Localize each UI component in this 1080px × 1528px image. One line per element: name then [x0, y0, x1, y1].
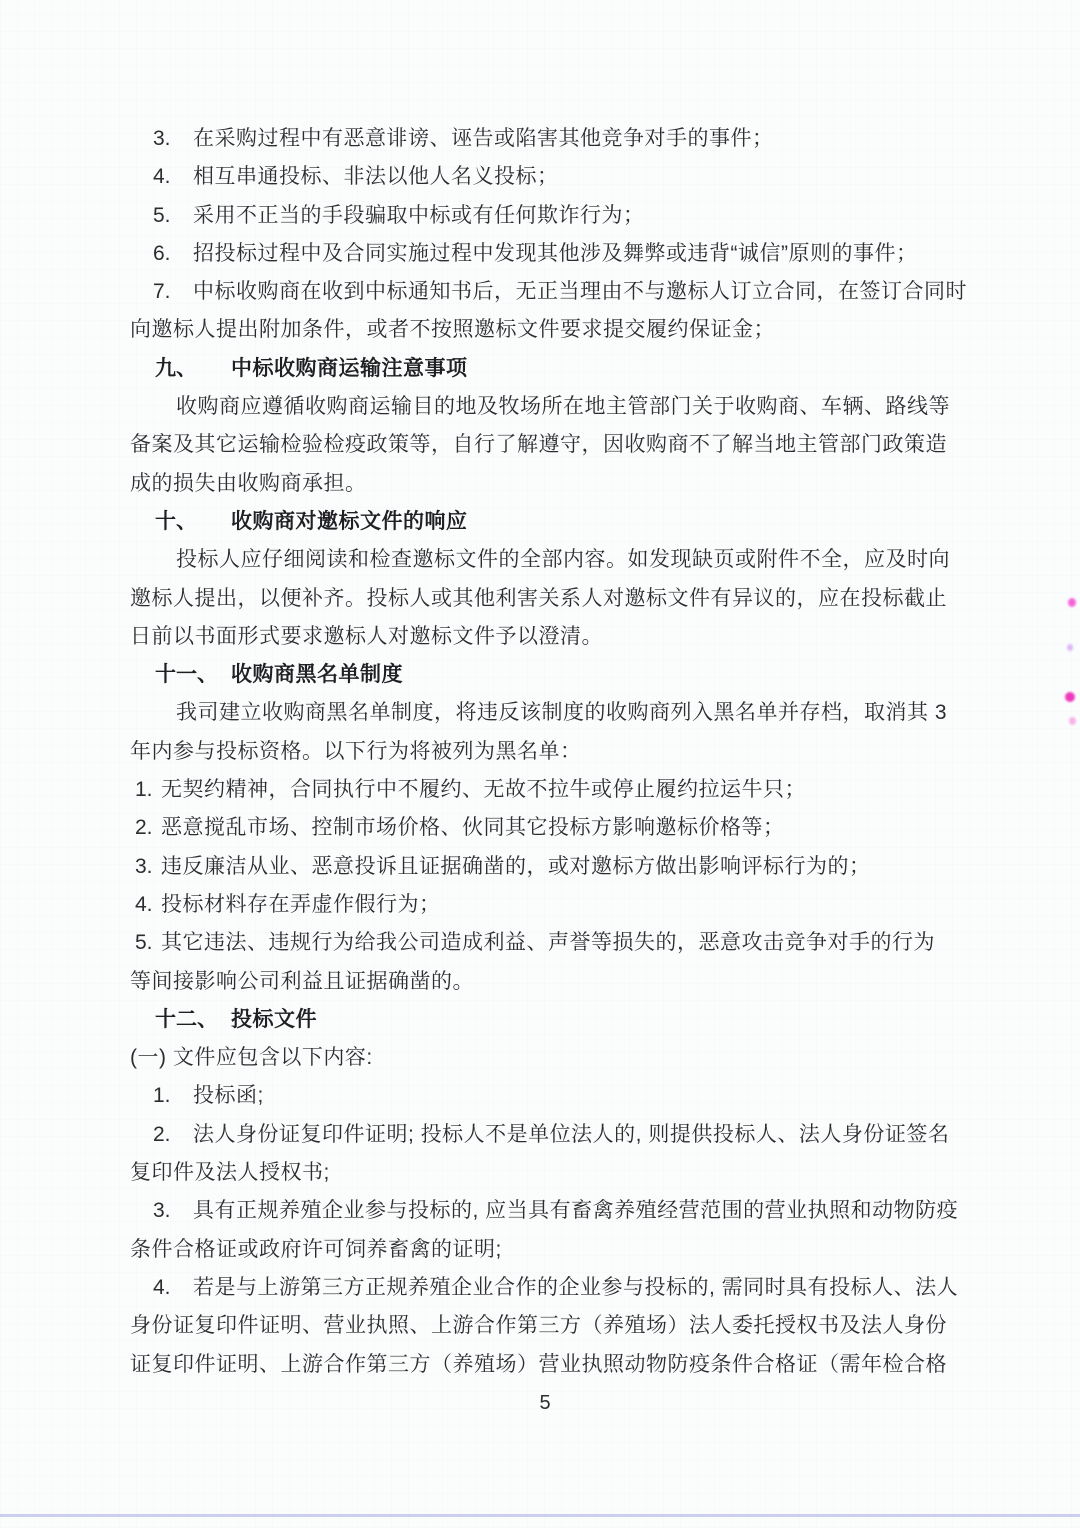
line-number: 4. — [135, 886, 161, 924]
line-text: 收购商对邀标文件的响应 — [231, 510, 468, 533]
text-line: 5.其它违法、违规行为给我公司造成利益、声誉等损失的，恶意攻击竞争对手的行为 — [130, 924, 960, 962]
line-number: 6. — [153, 235, 193, 273]
line-text: 违反廉洁从业、恶意投诉且证据确凿的，或对邀标方做出影响评标行为的； — [161, 855, 871, 878]
text-line: 1.无契约精神，合同执行中不履约、无故不拉牛或停止履约拉运牛只； — [130, 771, 960, 809]
line-text: 复印件及法人授权书; — [130, 1161, 330, 1184]
line-number: 4. — [153, 1269, 193, 1307]
line-text: 无契约精神，合同执行中不履约、无故不拉牛或停止履约拉运牛只； — [161, 778, 806, 801]
text-line: 成的损失由收购商承担。 — [130, 465, 960, 503]
line-text: 投标材料存在弄虚作假行为； — [161, 893, 441, 916]
line-text: (一) 文件应包含以下内容: — [130, 1046, 373, 1069]
line-number: 1. — [153, 1077, 193, 1115]
line-text: 采用不正当的手段骗取中标或有任何欺诈行为； — [193, 204, 645, 227]
scan-artifact-dot — [1065, 692, 1075, 702]
text-line: 4.相互串通投标、非法以他人名义投标； — [130, 158, 960, 196]
text-line: 6.招投标过程中及合同实施过程中发现其他涉及舞弊或违背“诚信”原则的事件； — [130, 235, 960, 273]
text-line: 2.恶意搅乱市场、控制市场价格、伙同其它投标方影响邀标价格等； — [130, 809, 960, 847]
section-heading: 十一、收购商黑名单制度 — [130, 656, 960, 694]
line-number: 3. — [153, 1192, 193, 1230]
line-text: 招投标过程中及合同实施过程中发现其他涉及舞弊或违背“诚信”原则的事件； — [193, 242, 917, 265]
line-text: 恶意搅乱市场、控制市场价格、伙同其它投标方影响邀标价格等； — [161, 816, 785, 839]
text-line: 3.具有正规养殖企业参与投标的, 应当具有畜禽养殖经营范围的营业执照和动物防疫 — [130, 1192, 960, 1230]
line-text: 邀标人提出，以便补齐。投标人或其他利害关系人对邀标文件有异议的，应在投标截止 — [130, 587, 947, 610]
line-text: 等间接影响公司利益且证据确凿的。 — [130, 970, 474, 993]
text-line: 证复印件证明、上游合作第三方（养殖场）营业执照动物防疫条件合格证（需年检合格 — [130, 1346, 960, 1384]
line-number: 7. — [153, 273, 193, 311]
text-line: 3.违反廉洁从业、恶意投诉且证据确凿的，或对邀标方做出影响评标行为的； — [130, 848, 960, 886]
scan-artifact-dot — [1068, 598, 1076, 607]
line-text: 相互串通投标、非法以他人名义投标； — [193, 165, 559, 188]
bottom-edge-line — [0, 1514, 1080, 1517]
section-heading: 十二、投标文件 — [130, 1001, 960, 1039]
text-line: 5.采用不正当的手段骗取中标或有任何欺诈行为； — [130, 197, 960, 235]
line-text: 在采购过程中有恶意诽谤、诬告或陷害其他竞争对手的事件； — [193, 127, 774, 150]
line-text: 中标收购商在收到中标通知书后，无正当理由不与邀标人订立合同，在签订合同时 — [193, 280, 967, 303]
text-line: 备案及其它运输检验检疫政策等，自行了解遵守，因收购商不了解当地主管部门政策造 — [130, 426, 960, 464]
line-text: 具有正规养殖企业参与投标的, 应当具有畜禽养殖经营范围的营业执照和动物防疫 — [193, 1199, 958, 1222]
document-text-column: 3.在采购过程中有恶意诽谤、诬告或陷害其他竞争对手的事件；4.相互串通投标、非法… — [130, 0, 960, 1422]
line-text: 法人身份证复印件证明; 投标人不是单位法人的, 则提供投标人、法人身份证签名 — [193, 1123, 949, 1146]
line-text: 收购商黑名单制度 — [231, 663, 403, 686]
line-text: 投标人应仔细阅读和检查邀标文件的全部内容。如发现缺页或附件不全，应及时向 — [176, 548, 950, 571]
scan-artifact-dot — [1069, 717, 1076, 725]
scan-artifact-dot — [1067, 644, 1073, 651]
line-text: 日前以书面形式要求邀标人对邀标文件予以澄清。 — [130, 625, 603, 648]
text-line: 2.法人身份证复印件证明; 投标人不是单位法人的, 则提供投标人、法人身份证签名 — [130, 1116, 960, 1154]
text-line: 3.在采购过程中有恶意诽谤、诬告或陷害其他竞争对手的事件； — [130, 120, 960, 158]
line-text: 向邀标人提出附加条件，或者不按照邀标文件要求提交履约保证金； — [130, 318, 775, 341]
line-text: 证复印件证明、上游合作第三方（养殖场）营业执照动物防疫条件合格证（需年检合格 — [130, 1353, 947, 1376]
text-line: 4.若是与上游第三方正规养殖企业合作的企业参与投标的, 需同时具有投标人、法人 — [130, 1269, 960, 1307]
text-line: 4.投标材料存在弄虚作假行为； — [130, 886, 960, 924]
line-number: 九、 — [155, 350, 231, 388]
line-number: 3. — [135, 848, 161, 886]
text-line: 年内参与投标资格。以下行为将被列为黑名单： — [130, 733, 960, 771]
line-text: 中标收购商运输注意事项 — [231, 357, 468, 380]
line-number: 2. — [135, 809, 161, 847]
line-number: 3. — [153, 120, 193, 158]
line-text: 条件合格证或政府许可饲养畜禽的证明; — [130, 1238, 502, 1261]
line-text: 年内参与投标资格。以下行为将被列为黑名单： — [130, 740, 582, 763]
line-number: 4. — [153, 158, 193, 196]
text-line: 投标人应仔细阅读和检查邀标文件的全部内容。如发现缺页或附件不全，应及时向 — [130, 541, 960, 579]
document-page: { "page": { "number": "5", "background_c… — [0, 0, 1080, 1528]
line-text: 收购商应遵循收购商运输目的地及牧场所在地主管部门关于收购商、车辆、路线等 — [176, 395, 950, 418]
line-text: 若是与上游第三方正规养殖企业合作的企业参与投标的, 需同时具有投标人、法人 — [193, 1276, 958, 1299]
line-number: 2. — [153, 1116, 193, 1154]
text-line: 收购商应遵循收购商运输目的地及牧场所在地主管部门关于收购商、车辆、路线等 — [130, 388, 960, 426]
text-line: 条件合格证或政府许可饲养畜禽的证明; — [130, 1231, 960, 1269]
line-text: 我司建立收购商黑名单制度，将违反该制度的收购商列入黑名单并存档，取消其 3 — [176, 701, 947, 724]
text-line: 等间接影响公司利益且证据确凿的。 — [130, 963, 960, 1001]
text-line: 1.投标函; — [130, 1077, 960, 1115]
line-number: 1. — [135, 771, 161, 809]
line-text: 身份证复印件证明、营业执照、上游合作第三方（养殖场）法人委托授权书及法人身份 — [130, 1314, 947, 1337]
section-heading: 九、中标收购商运输注意事项 — [130, 350, 960, 388]
line-text: 投标文件 — [231, 1008, 317, 1031]
line-text: 成的损失由收购商承担。 — [130, 472, 367, 495]
line-number: 十二、 — [155, 1001, 231, 1039]
section-heading: 十、收购商对邀标文件的响应 — [130, 503, 960, 541]
text-line: (一) 文件应包含以下内容: — [130, 1039, 960, 1077]
text-line: 向邀标人提出附加条件，或者不按照邀标文件要求提交履约保证金； — [130, 311, 960, 349]
text-line: 7.中标收购商在收到中标通知书后，无正当理由不与邀标人订立合同，在签订合同时 — [130, 273, 960, 311]
line-number: 5. — [153, 197, 193, 235]
text-line: 复印件及法人授权书; — [130, 1154, 960, 1192]
page-number: 5 — [130, 1384, 960, 1422]
text-lines: 3.在采购过程中有恶意诽谤、诬告或陷害其他竞争对手的事件；4.相互串通投标、非法… — [130, 120, 960, 1384]
line-number: 5. — [135, 924, 161, 962]
text-line: 身份证复印件证明、营业执照、上游合作第三方（养殖场）法人委托授权书及法人身份 — [130, 1307, 960, 1345]
text-line: 邀标人提出，以便补齐。投标人或其他利害关系人对邀标文件有异议的，应在投标截止 — [130, 580, 960, 618]
line-text: 投标函; — [193, 1084, 264, 1107]
line-text: 备案及其它运输检验检疫政策等，自行了解遵守，因收购商不了解当地主管部门政策造 — [130, 433, 947, 456]
line-number: 十、 — [155, 503, 231, 541]
text-line: 日前以书面形式要求邀标人对邀标文件予以澄清。 — [130, 618, 960, 656]
text-line: 我司建立收购商黑名单制度，将违反该制度的收购商列入黑名单并存档，取消其 3 — [130, 694, 960, 732]
line-number: 十一、 — [155, 656, 231, 694]
line-text: 其它违法、违规行为给我公司造成利益、声誉等损失的，恶意攻击竞争对手的行为 — [161, 931, 935, 954]
